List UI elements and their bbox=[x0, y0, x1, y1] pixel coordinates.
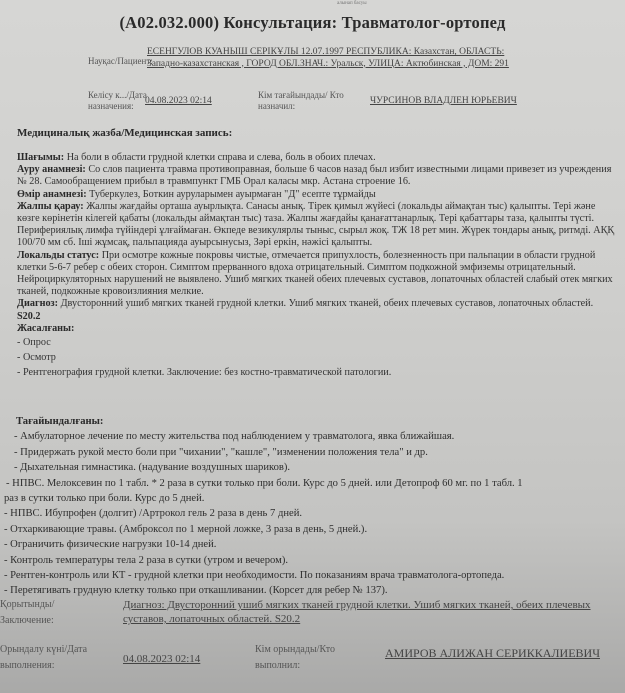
done-item: - Рентгенография грудной клетки. Заключе… bbox=[17, 365, 617, 380]
life-anamnesis-paragraph: Өмір анамнезі: Туберкулез, Боткин аурула… bbox=[17, 189, 617, 201]
patient-value: ЕСЕНГУЛОВ КУАНЫШ СЕРІКҰЛЫ 12.07.1997 РЕС… bbox=[147, 47, 542, 70]
prescribed-item: - НПВС. Ибупрофен (долгит) /Артрокол гел… bbox=[2, 506, 622, 521]
diagnosis-text: Двусторонний ушиб мягких тканей грудной … bbox=[61, 298, 594, 309]
execution-date-value: 04.08.2023 02:14 bbox=[123, 652, 200, 666]
consultation-document: алынап басуы (A02.032.000) Консультация:… bbox=[0, 0, 625, 693]
prescribed-item: - Отхаркивающие травы. (Амброксол по 1 м… bbox=[2, 522, 622, 537]
local-status-text: При осмотре кожные покровы чистые, отмеч… bbox=[17, 250, 613, 298]
prescribed-item: - Ограничить физические нагрузки 10-14 д… bbox=[2, 537, 622, 552]
prescribed-item: - Придержать рукой место боли при "чихан… bbox=[2, 445, 622, 460]
life-anamnesis-text: Туберкулез, Боткин ауруларымен ауырмаған… bbox=[89, 189, 376, 200]
prescribed-item: - НПВС. Мелоксевин по 1 табл. * 2 раза в… bbox=[2, 476, 622, 491]
local-status-label: Локальды статус: bbox=[17, 250, 99, 261]
local-status-paragraph: Локальды статус: При осмотре кожные покр… bbox=[17, 250, 617, 299]
prescribed-item: - Перетягивать грудную клетку только при… bbox=[2, 583, 622, 598]
conclusion-label: Қорытынды/ Заключение: bbox=[0, 597, 90, 629]
life-anamnesis-label: Өмір анамнезі: bbox=[17, 189, 87, 200]
executed-by-label: Кім орындады/Кто выполнил: bbox=[255, 642, 365, 674]
execution-date-label: Орындалу күні/Дата выполнения: bbox=[0, 642, 110, 674]
appointed-by-label: Кім тағайындады/ Кто назначил: bbox=[258, 90, 348, 112]
medical-record-body: Шағымы: На боли в области грудной клетки… bbox=[17, 152, 617, 380]
anamnesis-text: Со слов пациента травма противоправная, … bbox=[17, 164, 611, 187]
executed-by-value: АМИРОВ АЛИЖАН СЕРИККАЛИЕВИЧ bbox=[385, 646, 600, 660]
prescribed-item: - Амбулаторное лечение по месту жительст… bbox=[2, 429, 622, 444]
patient-label: Науқас/Пациент: bbox=[88, 56, 153, 67]
diagnosis-code: S20.2 bbox=[17, 311, 41, 322]
document-title: (A02.032.000) Консультация: Травматолог-… bbox=[0, 13, 625, 33]
prescribed-heading: Тағайындалғаны: bbox=[2, 414, 622, 429]
prescribed-list: - Амбулаторное лечение по месту жительст… bbox=[2, 429, 622, 598]
done-list: - Опрос- Осмотр- Рентгенография грудной … bbox=[17, 335, 617, 380]
diagnosis-label: Диагноз: bbox=[17, 298, 58, 309]
prescribed-item: раз в сутки только при боли. Курс до 5 д… bbox=[2, 491, 622, 506]
anamnesis-label: Ауру анамнезі: bbox=[17, 164, 86, 175]
complaints-label: Шағымы: bbox=[17, 152, 64, 163]
general-exam-paragraph: Жалпы қарау: Жалпы жағдайы орташа ауырлы… bbox=[17, 201, 617, 250]
general-exam-text: Жалпы жағдайы орташа ауырлықта. Санасы а… bbox=[17, 201, 614, 249]
done-heading: Жасалғаны: bbox=[17, 323, 617, 335]
appointment-date-value: 04.08.2023 02:14 bbox=[145, 96, 212, 108]
appointed-by-value: ЧУРСИНОВ ВЛАДЛЕН ЮРЬЕВИЧ bbox=[370, 96, 517, 108]
prescribed-item: - Рентген-контроль или КТ - грудной клет… bbox=[2, 568, 622, 583]
prescribed-block: Тағайындалғаны: - Амбулаторное лечение п… bbox=[2, 414, 622, 599]
complaints-paragraph: Шағымы: На боли в области грудной клетки… bbox=[17, 152, 617, 164]
complaints-text: На боли в области грудной клетки справа … bbox=[67, 152, 376, 163]
anamnesis-paragraph: Ауру анамнезі: Со слов пациента травма п… bbox=[17, 164, 617, 188]
done-item: - Опрос bbox=[17, 335, 617, 350]
conclusion-value: Диагноз: Двусторонний ушиб мягких тканей… bbox=[123, 598, 603, 626]
prescribed-item: - Дыхательная гимнастика. (надувание воз… bbox=[2, 460, 622, 475]
top-margin-note: алынап басуы bbox=[337, 1, 367, 6]
general-exam-label: Жалпы қарау: bbox=[17, 201, 84, 212]
diagnosis-paragraph: Диагноз: Двусторонний ушиб мягких тканей… bbox=[17, 298, 617, 322]
medical-record-heading: Медициналық жазба/Медицинская запись: bbox=[17, 127, 232, 139]
prescribed-item: - Контроль температуры тела 2 раза в сут… bbox=[2, 553, 622, 568]
done-item: - Осмотр bbox=[17, 350, 617, 365]
